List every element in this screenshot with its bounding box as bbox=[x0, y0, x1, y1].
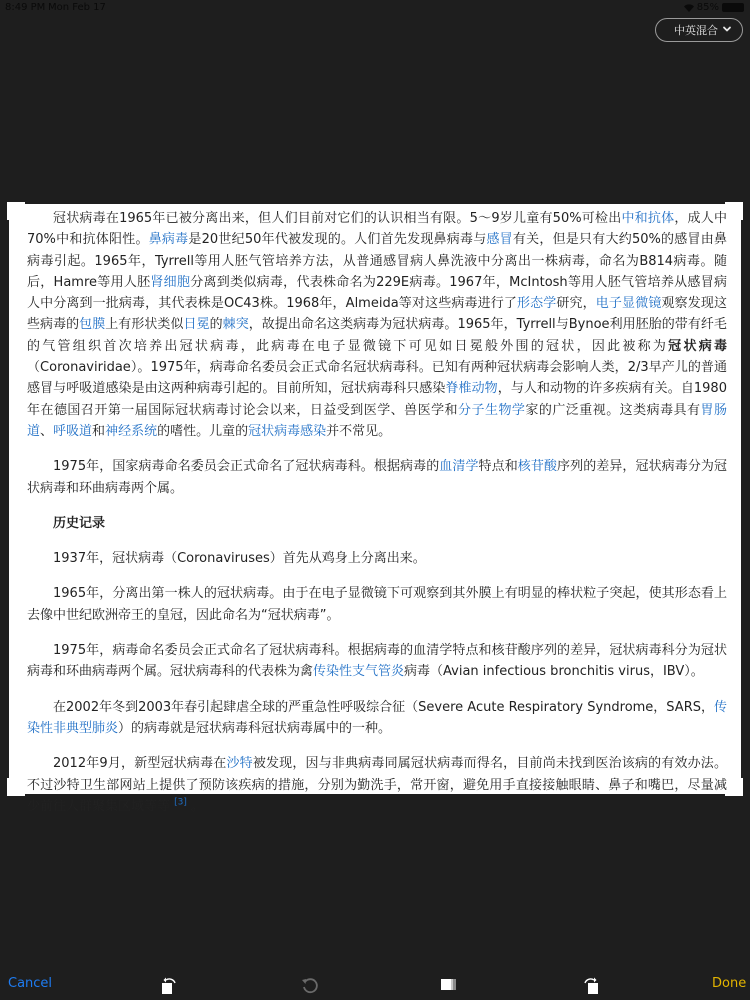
bold-term: 冠状病毒 bbox=[668, 339, 727, 354]
crop-handle-top-left[interactable] bbox=[7, 202, 11, 220]
inline-link[interactable]: 电子显微镜 bbox=[596, 296, 662, 311]
bottom-toolbar: Cancel Done bbox=[0, 968, 750, 1000]
history-paragraphs: 1937年，冠状病毒（Coronaviruses）首先从鸡身上分离出来。1965… bbox=[27, 548, 727, 817]
battery-percent: 85% bbox=[697, 2, 719, 13]
rotate-right-icon[interactable] bbox=[580, 974, 602, 996]
inline-link[interactable]: 核苷酸 bbox=[518, 459, 557, 474]
inline-link[interactable]: 脊椎动物 bbox=[445, 381, 497, 396]
inline-link[interactable]: 神经系统 bbox=[105, 424, 157, 439]
text-run: 病毒（Avian infectious bronchitis virus，IBV… bbox=[404, 664, 704, 679]
text-run: 1937年，冠状病毒（Coronaviruses）首先从鸡身上分离出来。 bbox=[53, 551, 426, 566]
chevron-down-icon bbox=[722, 24, 732, 34]
language-mode-label: 中英混合 bbox=[674, 22, 718, 38]
crop-handle-bottom-left[interactable] bbox=[7, 778, 11, 796]
text-run: 1965年，分离出第一株人的冠状病毒。由于在电子显微镜下可观察到其外膜上有明显的… bbox=[27, 586, 727, 622]
text-run: 在2002年冬到2003年春引起肆虐全球的严重急性呼吸综合征（Severe Ac… bbox=[53, 700, 714, 715]
status-date: Mon Feb 17 bbox=[48, 2, 106, 13]
language-mode-dropdown[interactable]: 中英混合 bbox=[655, 18, 743, 42]
done-button[interactable]: Done bbox=[712, 976, 746, 991]
paragraph: 1975年，国家病毒命名委员会正式命名了冠状病毒科。根据病毒的血清学特点和核苷酸… bbox=[27, 456, 727, 499]
status-time: 8:49 PM bbox=[5, 2, 45, 13]
text-run: 2012年9月，新型冠状病毒在 bbox=[53, 756, 226, 771]
inline-link[interactable]: 呼吸道 bbox=[53, 424, 92, 439]
inline-link[interactable]: 传染性支气管炎 bbox=[313, 664, 404, 679]
inline-link[interactable]: 形态学 bbox=[517, 296, 556, 311]
text-run: 特点和 bbox=[479, 459, 518, 474]
paragraph: 冠状病毒在1965年已被分离出来，但人们目前对它们的认识相当有限。5～9岁儿童有… bbox=[27, 208, 727, 442]
inline-link[interactable]: 肾细胞 bbox=[150, 275, 190, 290]
text-run: 。 bbox=[187, 799, 204, 814]
text-run: 并不常见。 bbox=[326, 424, 391, 439]
inline-link[interactable]: 包膜 bbox=[79, 317, 105, 332]
history-heading: 历史记录 bbox=[53, 513, 727, 534]
paragraph: 1965年，分离出第一株人的冠状病毒。由于在电子显微镜下可观察到其外膜上有明显的… bbox=[27, 583, 727, 626]
battery-icon bbox=[722, 3, 744, 12]
inline-link[interactable]: 血清学 bbox=[439, 459, 478, 474]
crop-handle-bottom-right[interactable] bbox=[739, 778, 743, 796]
document-text: 冠状病毒在1965年已被分离出来，但人们目前对它们的认识相当有限。5～9岁儿童有… bbox=[27, 208, 727, 831]
text-run: 的 bbox=[210, 317, 223, 332]
status-right: 85% bbox=[684, 2, 744, 13]
citation-link[interactable]: [3] bbox=[174, 798, 187, 808]
paragraph: 在2002年冬到2003年春引起肆虐全球的严重急性呼吸综合征（Severe Ac… bbox=[27, 697, 727, 740]
paragraph: 1975年，病毒命名委员会正式命名了冠状病毒科。根据病毒的血清学特点和核苷酸序列… bbox=[27, 640, 727, 683]
text-run: 的嗜性。儿童的 bbox=[157, 424, 248, 439]
text-run: 上有形状类似 bbox=[105, 317, 183, 332]
inline-link[interactable]: 分子生物学 bbox=[458, 403, 525, 418]
text-run: 、 bbox=[40, 424, 53, 439]
text-run: 和 bbox=[92, 424, 105, 439]
text-run: 冠状病毒在1965年已被分离出来，但人们目前对它们的认识相当有限。5～9岁儿童有… bbox=[53, 211, 621, 226]
inline-link[interactable]: 沙特 bbox=[226, 756, 252, 771]
cancel-button[interactable]: Cancel bbox=[8, 976, 52, 991]
reset-icon[interactable] bbox=[299, 974, 321, 996]
rotate-left-icon[interactable] bbox=[158, 974, 180, 996]
wifi-icon bbox=[684, 4, 694, 12]
aspect-ratio-icon[interactable] bbox=[438, 974, 460, 996]
status-bar: 8:49 PM Mon Feb 17 85% bbox=[0, 0, 750, 16]
paragraph: 2012年9月，新型冠状病毒在沙特被发现，因与非典病毒同属冠状病毒而得名，目前尚… bbox=[27, 753, 727, 817]
text-run: ）的病毒就是冠状病毒科冠状病毒属中的一种。 bbox=[118, 721, 391, 736]
text-run: 是20世纪50年代被发现的。人们首先发现鼻病毒与 bbox=[188, 232, 486, 247]
inline-link[interactable]: 中和抗体 bbox=[621, 211, 674, 226]
paragraph: 1937年，冠状病毒（Coronaviruses）首先从鸡身上分离出来。 bbox=[27, 548, 727, 569]
inline-link[interactable]: 冠状病毒感染 bbox=[248, 424, 326, 439]
text-run: 1975年，国家病毒命名委员会正式命名了冠状病毒科。根据病毒的 bbox=[53, 459, 439, 474]
text-run: 家的广泛重视。这类病毒具有 bbox=[525, 403, 700, 418]
inline-link[interactable]: 鼻病毒 bbox=[149, 232, 189, 247]
inline-link[interactable]: 感冒 bbox=[486, 232, 512, 247]
intro-paragraphs: 冠状病毒在1965年已被分离出来，但人们目前对它们的认识相当有限。5～9岁儿童有… bbox=[27, 208, 727, 499]
crop-handle-top-right[interactable] bbox=[739, 202, 743, 220]
text-run: 研究， bbox=[556, 296, 595, 311]
inline-link[interactable]: 日冕 bbox=[184, 317, 210, 332]
inline-link[interactable]: 棘突 bbox=[223, 317, 249, 332]
